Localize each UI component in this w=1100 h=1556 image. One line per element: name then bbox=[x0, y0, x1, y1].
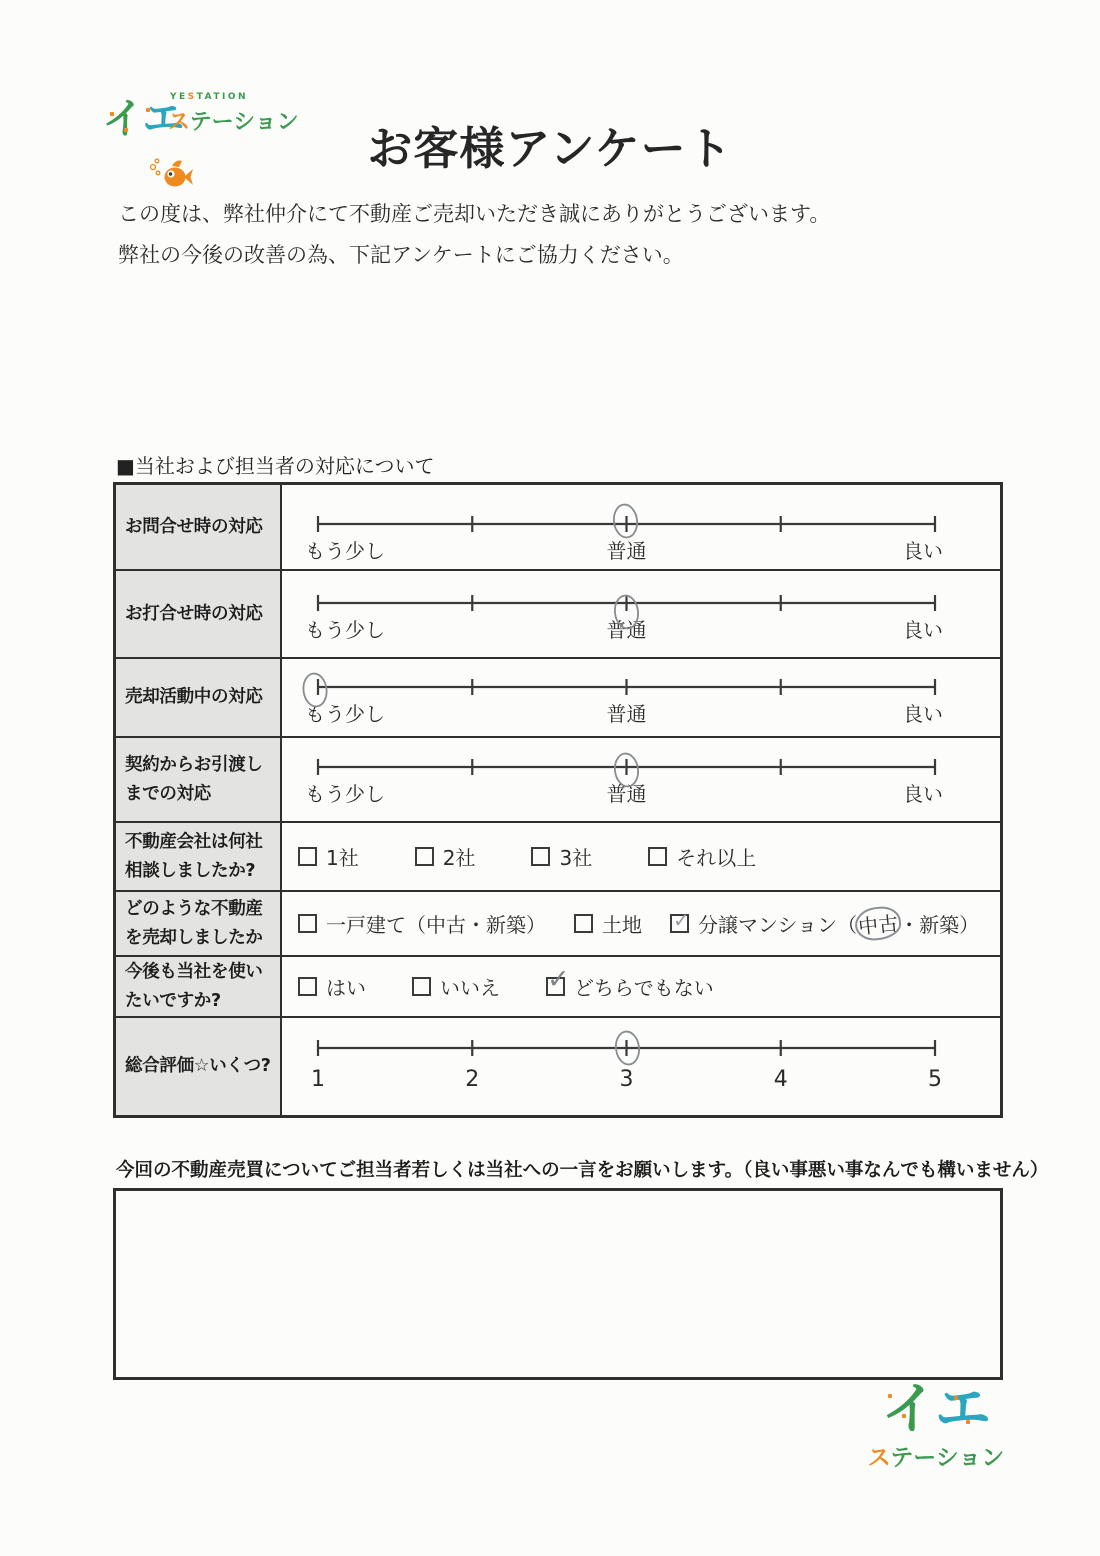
logo-wordmark-main: イエ bbox=[862, 1382, 1010, 1438]
survey-option: ✓どちらでもない bbox=[546, 972, 714, 1001]
rating-scale: もう少し普通良い bbox=[308, 583, 988, 647]
intro-line-2: 弊社の今後の改善の為、下記アンケートにご協力ください。 bbox=[118, 235, 830, 276]
survey-row-content: もう少し普通良い bbox=[282, 738, 1000, 821]
logo-text: ス bbox=[868, 1445, 891, 1471]
option-label: いいえ bbox=[440, 972, 500, 1001]
survey-row: 不動産会社は何社 相談しましたか?1社2社3社それ以上 bbox=[116, 823, 1000, 892]
scale-anchor-label: 普通 bbox=[607, 702, 647, 726]
option-label: それ以上 bbox=[676, 842, 756, 871]
survey-row-label: お問合せ時の対応 bbox=[116, 485, 282, 569]
survey-row-label: 今後も当社を使い たいですか? bbox=[116, 957, 282, 1016]
scale-number-label: 2 bbox=[465, 1067, 479, 1092]
rating-scale: もう少し普通良い bbox=[308, 667, 988, 731]
pen-circle-mark: 中古 bbox=[854, 905, 903, 943]
survey-row-label: どのような不動産 を売却しましたか bbox=[116, 892, 282, 955]
pen-check-mark: ✓ bbox=[673, 908, 690, 932]
survey-row-content: 一戸建て（中古・新築）土地✓分譲マンション（中古・新築） bbox=[282, 892, 1000, 955]
survey-row-content: もう少し普通良い bbox=[282, 571, 1000, 657]
survey-row: 今後も当社を使い たいですか?はいいいえ✓どちらでもない bbox=[116, 957, 1000, 1018]
option-label: 土地 bbox=[602, 909, 642, 938]
survey-row-content: はいいいえ✓どちらでもない bbox=[282, 957, 1000, 1016]
comment-prompt: 今回の不動産売買についてご担当者若しくは当社への一言をお願いします。（良い事悪い… bbox=[116, 1156, 1048, 1182]
logo-dot bbox=[902, 1414, 906, 1418]
option-label: 一戸建て（中古・新築） bbox=[326, 909, 546, 938]
survey-option: 一戸建て（中古・新築） bbox=[298, 909, 546, 938]
scale-anchor-label: 良い bbox=[903, 539, 943, 563]
rating-scale: もう少し普通良い bbox=[308, 747, 988, 811]
survey-row-label: 契約からお引渡し までの対応 bbox=[116, 738, 282, 821]
scale-anchor-label: 普通 bbox=[607, 539, 647, 563]
logo-text: S bbox=[188, 92, 197, 102]
survey-option: それ以上 bbox=[648, 842, 756, 871]
yestation-logo-footer: イエ ステーション bbox=[862, 1382, 1010, 1472]
option-label: 1社 bbox=[326, 842, 359, 871]
logo-text: エ bbox=[935, 1377, 991, 1442]
option-label: 分譲マンション（中古・新築） bbox=[698, 907, 979, 940]
logo-wordmark-sub: ステーション bbox=[862, 1439, 1010, 1472]
pen-check-mark: ✓ bbox=[547, 964, 570, 995]
scale-anchor-label: もう少し bbox=[305, 618, 385, 642]
survey-option: はい bbox=[298, 972, 366, 1001]
page-title: お客様アンケート bbox=[0, 112, 1100, 177]
checkbox-icon bbox=[574, 914, 593, 933]
checkbox-icon: ✓ bbox=[546, 977, 565, 996]
intro-text: この度は、弊社仲介にて不動産ご売却いただき誠にありがとうございます。 弊社の今後… bbox=[118, 194, 830, 276]
rating-scale: 12345 bbox=[308, 1028, 988, 1092]
survey-row-content: もう少し普通良い bbox=[282, 485, 1000, 569]
option-label: 2社 bbox=[443, 842, 476, 871]
option-label: どちらでもない bbox=[574, 972, 714, 1001]
scale-anchor-label: もう少し bbox=[305, 539, 385, 563]
scale-number-label: 1 bbox=[311, 1067, 325, 1092]
scale-anchor-label: 普通 bbox=[607, 618, 647, 642]
survey-row: どのような不動産 を売却しましたか一戸建て（中古・新築）土地✓分譲マンション（中… bbox=[116, 892, 1000, 957]
checkbox-icon bbox=[298, 977, 317, 996]
survey-row: お打合せ時の対応もう少し普通良い bbox=[116, 571, 1000, 659]
survey-row: 総合評価☆いくつ?12345 bbox=[116, 1018, 1000, 1115]
survey-option: 3社 bbox=[531, 842, 592, 871]
logo-dot bbox=[888, 1394, 892, 1398]
scale-number-label: 3 bbox=[620, 1067, 634, 1092]
survey-row-content: 12345 bbox=[282, 1018, 1000, 1115]
survey-option: いいえ bbox=[412, 972, 500, 1001]
checkbox-icon bbox=[298, 914, 317, 933]
scanned-survey-page: YESTATION イエ ステーション お客様アンケート この度は、弊社仲介にて… bbox=[0, 0, 1100, 1556]
survey-row-label: 売却活動中の対応 bbox=[116, 659, 282, 736]
scale-anchor-label: 良い bbox=[903, 618, 943, 642]
scale-number-label: 5 bbox=[928, 1067, 942, 1092]
checkbox-icon bbox=[415, 847, 434, 866]
survey-row-content: 1社2社3社それ以上 bbox=[282, 823, 1000, 890]
survey-table: お問合せ時の対応もう少し普通良いお打合せ時の対応もう少し普通良い売却活動中の対応… bbox=[113, 482, 1003, 1118]
logo-text: イ bbox=[881, 1377, 935, 1442]
survey-row-label: 不動産会社は何社 相談しましたか? bbox=[116, 823, 282, 890]
section-heading: ■当社および担当者の対応について bbox=[116, 450, 435, 479]
survey-row-label: お打合せ時の対応 bbox=[116, 571, 282, 657]
checkbox-icon bbox=[298, 847, 317, 866]
checkbox-icon bbox=[412, 977, 431, 996]
logo-dot bbox=[954, 1396, 958, 1400]
survey-option: 2社 bbox=[415, 842, 476, 871]
scale-anchor-label: もう少し bbox=[305, 782, 385, 806]
logo-text: テーション bbox=[890, 1445, 1004, 1471]
checkbox-icon bbox=[531, 847, 550, 866]
checkbox-icon bbox=[648, 847, 667, 866]
scale-anchor-label: 良い bbox=[903, 702, 943, 726]
survey-option: 土地 bbox=[574, 909, 642, 938]
option-label: はい bbox=[326, 972, 366, 1001]
survey-row: お問合せ時の対応もう少し普通良い bbox=[116, 485, 1000, 571]
comment-box bbox=[113, 1188, 1003, 1380]
survey-row: 売却活動中の対応もう少し普通良い bbox=[116, 659, 1000, 738]
survey-option: ✓分譲マンション（中古・新築） bbox=[670, 907, 979, 940]
survey-row-label: 総合評価☆いくつ? bbox=[116, 1018, 282, 1115]
survey-row: 契約からお引渡し までの対応もう少し普通良い bbox=[116, 738, 1000, 823]
option-label: 3社 bbox=[559, 842, 592, 871]
survey-row-content: もう少し普通良い bbox=[282, 659, 1000, 736]
rating-scale: もう少し普通良い bbox=[308, 504, 988, 568]
logo-dot bbox=[966, 1420, 970, 1424]
checkbox-icon: ✓ bbox=[670, 914, 689, 933]
logo-text: TATION bbox=[197, 92, 248, 102]
scale-number-label: 4 bbox=[774, 1067, 788, 1092]
survey-option: 1社 bbox=[298, 842, 359, 871]
scale-anchor-label: 良い bbox=[903, 782, 943, 806]
intro-line-1: この度は、弊社仲介にて不動産ご売却いただき誠にありがとうございます。 bbox=[118, 194, 830, 235]
